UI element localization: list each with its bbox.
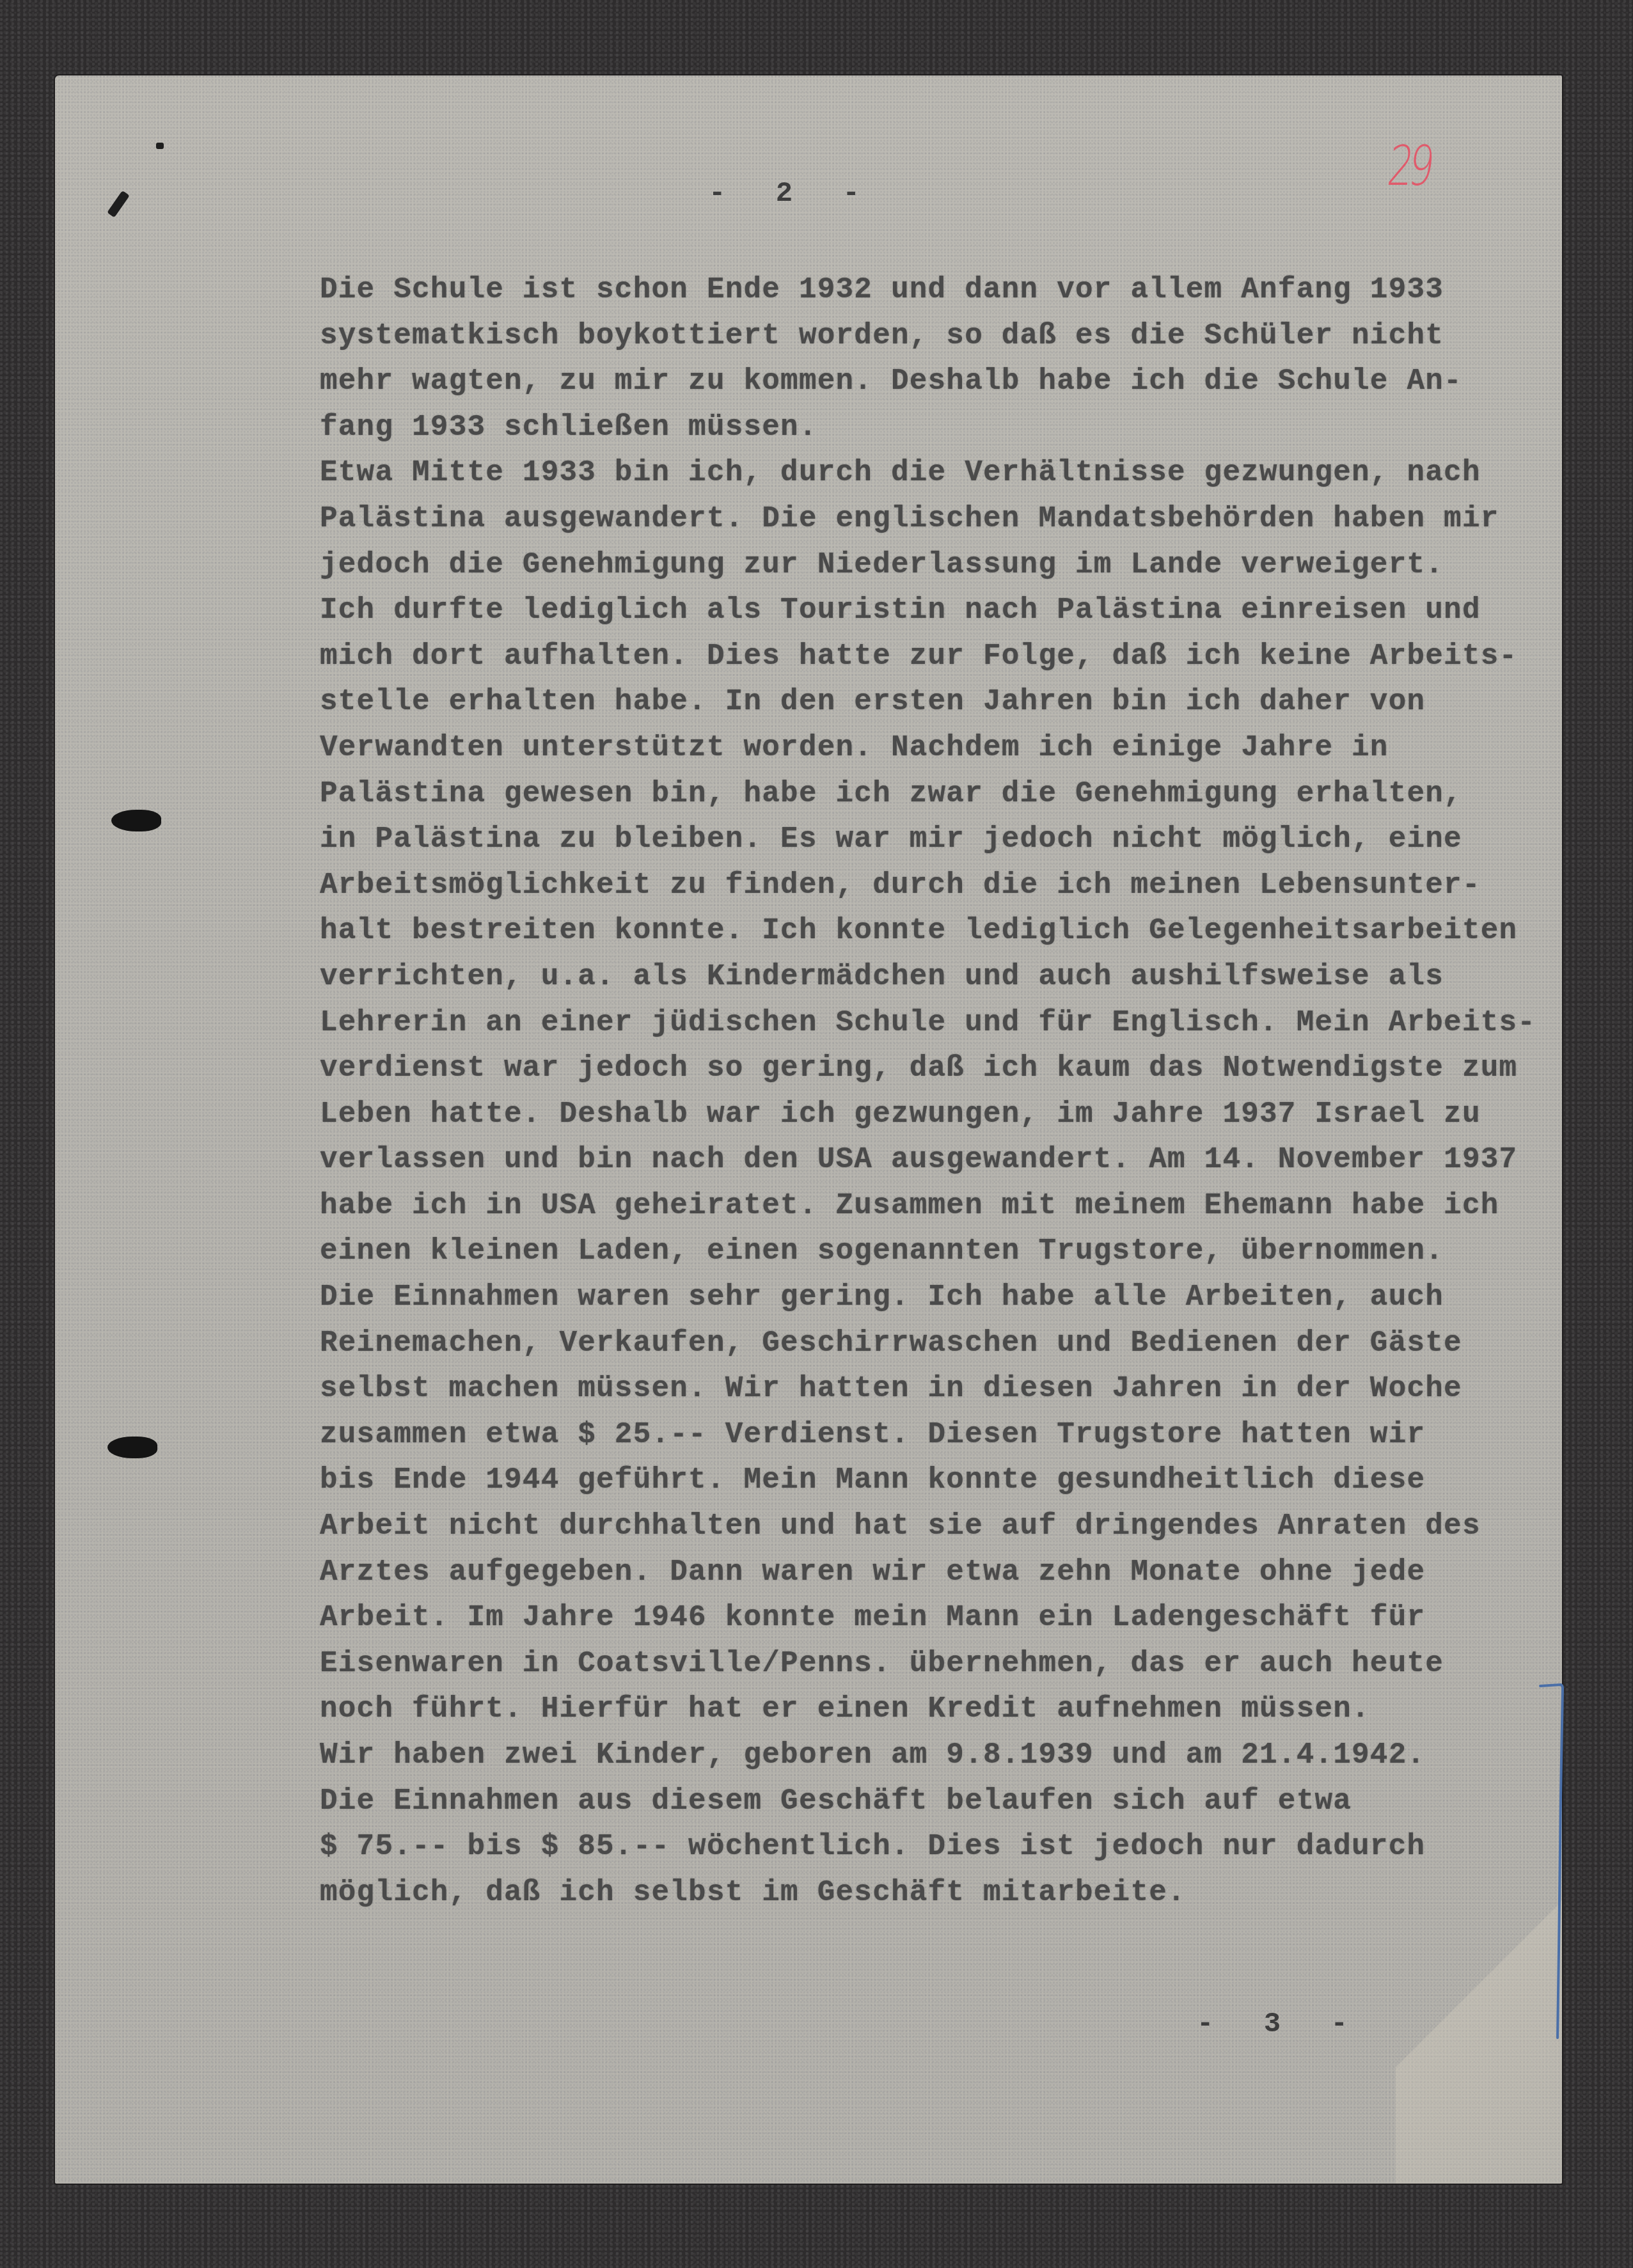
page-number-top: - 2 - <box>709 178 876 210</box>
text-line: Arbeitsmöglichkeit zu finden, durch die … <box>320 863 1625 909</box>
text-line: Arbeit. Im Jahre 1946 konnte mein Mann e… <box>320 1595 1625 1641</box>
ink-mark <box>107 191 130 217</box>
text-line: jedoch die Genehmigung zur Niederlassung… <box>320 542 1625 588</box>
text-line: Etwa Mitte 1933 bin ich, durch die Verhä… <box>320 450 1625 496</box>
text-line: Die Schule ist schon Ende 1932 und dann … <box>320 267 1625 313</box>
text-line: Arztes aufgegeben. Dann waren wir etwa z… <box>320 1550 1625 1596</box>
text-line: Eisenwaren in Coatsville/Penns. übernehm… <box>320 1641 1625 1687</box>
text-line: Die Einnahmen aus diesem Geschäft belauf… <box>320 1779 1625 1825</box>
punch-hole-icon <box>111 810 161 831</box>
text-line: halt bestreiten konnte. Ich konnte ledig… <box>320 908 1625 954</box>
text-line: Palästina gewesen bin, habe ich zwar die… <box>320 771 1625 817</box>
text-line: habe ich in USA geheiratet. Zusammen mit… <box>320 1183 1625 1229</box>
text-line: verlassen und bin nach den USA ausgewand… <box>320 1137 1625 1183</box>
text-line: Leben hatte. Deshalb war ich gezwungen, … <box>320 1092 1625 1138</box>
text-line: mehr wagten, zu mir zu kommen. Deshalb h… <box>320 359 1625 405</box>
text-line: einen kleinen Laden, einen sogenannten T… <box>320 1229 1625 1275</box>
text-line: verdienst war jedoch so gering, daß ich … <box>320 1046 1625 1092</box>
text-line: noch führt. Hierfür hat er einen Kredit … <box>320 1687 1625 1733</box>
text-line: bis Ende 1944 geführt. Mein Mann konnte … <box>320 1458 1625 1504</box>
page-number-next: - 3 - <box>1197 2008 1364 2040</box>
text-line: zusammen etwa $ 25.-- Verdienst. Diesen … <box>320 1412 1625 1458</box>
text-line: Reinemachen, Verkaufen, Geschirrwaschen … <box>320 1321 1625 1367</box>
text-line: selbst machen müssen. Wir hatten in dies… <box>320 1366 1625 1412</box>
typewritten-body: Die Schule ist schon Ende 1932 und dann … <box>320 267 1625 1916</box>
text-line: Ich durfte lediglich als Touristin nach … <box>320 588 1625 634</box>
folio-number-annotation: 29 <box>1384 134 1433 198</box>
text-line: $ 75.-- bis $ 85.-- wöchentlich. Dies is… <box>320 1824 1625 1870</box>
punch-hole-icon <box>107 1437 157 1458</box>
text-line: verrichten, u.a. als Kindermädchen und a… <box>320 954 1625 1000</box>
text-line: in Palästina zu bleiben. Es war mir jedo… <box>320 817 1625 863</box>
text-line: Die Einnahmen waren sehr gering. Ich hab… <box>320 1275 1625 1321</box>
text-line: Verwandten unterstützt worden. Nachdem i… <box>320 725 1625 771</box>
text-line: möglich, daß ich selbst im Geschäft mita… <box>320 1870 1625 1916</box>
text-line: Palästina ausgewandert. Die englischen M… <box>320 496 1625 542</box>
document-page: 29 - 2 - Die Schule ist schon Ende 1932 … <box>55 75 1562 2184</box>
text-line: fang 1933 schließen müssen. <box>320 405 1625 451</box>
text-line: Arbeit nicht durchhalten und hat sie auf… <box>320 1504 1625 1550</box>
text-line: stelle erhalten habe. In den ersten Jahr… <box>320 679 1625 725</box>
text-line: Wir haben zwei Kinder, geboren am 9.8.19… <box>320 1733 1625 1779</box>
text-line: systematkisch boykottiert worden, so daß… <box>320 313 1625 359</box>
text-line: Lehrerin an einer jüdischen Schule und f… <box>320 1000 1625 1046</box>
ink-speck <box>156 143 164 149</box>
text-line: mich dort aufhalten. Dies hatte zur Folg… <box>320 634 1625 680</box>
